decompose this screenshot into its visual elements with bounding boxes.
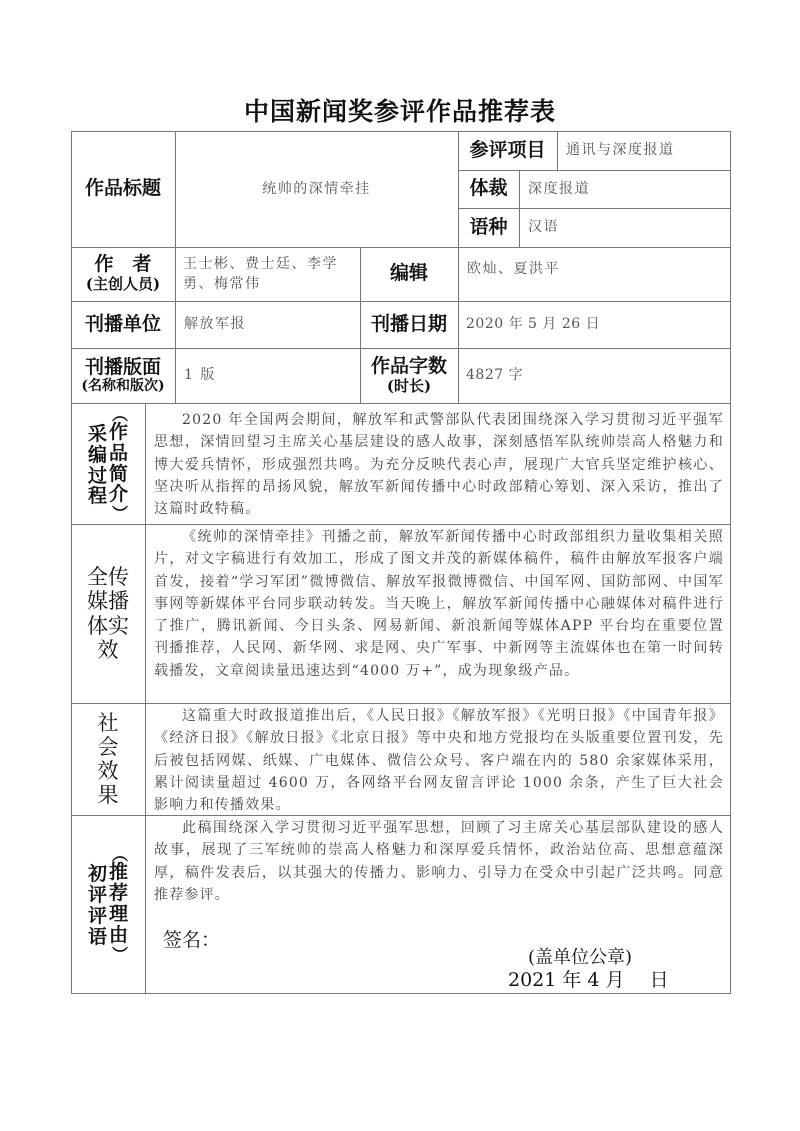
label-line: 体实 xyxy=(87,614,129,638)
section-review-label: 初 评 评 语 （ 推 荐 理 由 ） xyxy=(71,815,145,993)
label-line: 效 xyxy=(98,759,119,783)
genre-value: 深度报道 xyxy=(528,170,728,208)
section-process-text: 2020 年全国两会期间，解放军和武警部队代表团围绕深入学习贯彻习近平强军思想，… xyxy=(154,409,724,520)
label-char: 理 xyxy=(109,904,128,925)
label-char: 推 xyxy=(109,862,128,883)
page-label-main: 刊播版面 xyxy=(85,357,161,379)
section-media-effect-text: 《统帅的深情牵挂》刊播之前，解放军新闻传播中心时政部组织力量收集相关照片，对文字… xyxy=(154,526,724,682)
page-sublabel: (名称和版次) xyxy=(81,378,164,394)
label-char: ） xyxy=(111,946,127,962)
divider xyxy=(71,524,731,525)
label-char: 介 xyxy=(109,484,128,505)
genre-label: 体裁 xyxy=(458,170,519,208)
author-label-main: 作 者 xyxy=(94,254,151,276)
publisher-value: 解放军报 xyxy=(184,301,354,348)
work-title-value: 统帅的深情牵挂 xyxy=(175,131,458,247)
label-col-right: （ 推 荐 理 由 ） xyxy=(109,846,128,962)
language-value: 汉语 xyxy=(528,208,728,247)
page-label: 刊播版面 (名称和版次) xyxy=(71,348,175,403)
work-title-label: 作品标题 xyxy=(71,131,175,247)
divider xyxy=(145,403,146,993)
label-col-left: 初 评 评 语 xyxy=(88,860,107,948)
publisher-label: 刊播单位 xyxy=(71,301,175,348)
signature-date: 2021 年 4 月 日 xyxy=(508,965,669,992)
label-char: 由 xyxy=(109,925,128,946)
label-col-right: （ 作 品 简 介 ） xyxy=(109,406,128,522)
pub-date-label: 刊播日期 xyxy=(360,301,458,348)
divider xyxy=(71,403,731,404)
divider xyxy=(71,703,731,704)
label-char: 荐 xyxy=(109,883,128,904)
label-char: 语 xyxy=(88,927,107,948)
author-value: 王士彬、费士廷、李学勇、梅常伟 xyxy=(183,247,358,301)
form-title: 中国新闻奖参评作品推荐表 xyxy=(0,92,800,128)
word-count-label: 作品字数 (时长) xyxy=(360,348,458,403)
label-char: 品 xyxy=(109,443,128,464)
divider xyxy=(458,247,459,403)
divider xyxy=(557,131,558,170)
section-media-effect-label: 全传 媒播 体实 效 xyxy=(71,524,145,703)
signature-label: 签名： xyxy=(163,925,220,952)
label-line: 会 xyxy=(98,735,119,759)
word-count-label-main: 作品字数 xyxy=(371,356,447,378)
label-char: 过 xyxy=(88,466,107,487)
section-review-text: 此稿围绕深入学习贯彻习近平强军思想，回顾了习主席关心基层部队建设的感人故事，展现… xyxy=(154,817,724,906)
label-char: （ xyxy=(111,846,127,862)
label-line: 媒播 xyxy=(87,589,129,613)
label-char: 编 xyxy=(88,445,107,466)
label-char: 评 xyxy=(88,885,107,906)
category-label: 参评项目 xyxy=(458,131,557,170)
page-value: 1 版 xyxy=(184,348,354,403)
word-count-value: 4827 字 xyxy=(466,348,726,403)
label-char: 采 xyxy=(88,424,107,445)
label-char: 程 xyxy=(88,486,107,507)
label-char: 评 xyxy=(88,906,107,927)
label-char: ） xyxy=(111,505,127,521)
label-char: （ xyxy=(111,406,127,422)
label-line: 社 xyxy=(98,711,119,735)
section-process-label: 采 编 过 程 （ 作 品 简 介 ） xyxy=(71,403,145,524)
label-char: 简 xyxy=(109,464,128,485)
section-social-effect-label: 社 会 效 果 xyxy=(71,703,145,815)
label-line: 果 xyxy=(98,783,119,807)
section-social-effect-text: 这篇重大时政报道推出后，《人民日报》《解放军报》《光明日报》《中国青年报》《经济… xyxy=(154,705,724,816)
label-col-left: 采 编 过 程 xyxy=(88,420,107,508)
label-line: 效 xyxy=(98,638,119,662)
author-label: 作 者 (主创人员) xyxy=(71,247,175,301)
author-sublabel: (主创人员) xyxy=(86,276,160,293)
label-line: 全传 xyxy=(87,565,129,589)
editor-label: 编辑 xyxy=(360,247,458,301)
pub-date-value: 2020 年 5 月 26 日 xyxy=(466,301,726,348)
label-char: 作 xyxy=(109,422,128,443)
label-char: 初 xyxy=(88,864,107,885)
category-value: 通讯与深度报道 xyxy=(566,131,726,170)
word-count-sublabel: (时长) xyxy=(387,378,431,395)
language-label: 语种 xyxy=(458,208,519,247)
